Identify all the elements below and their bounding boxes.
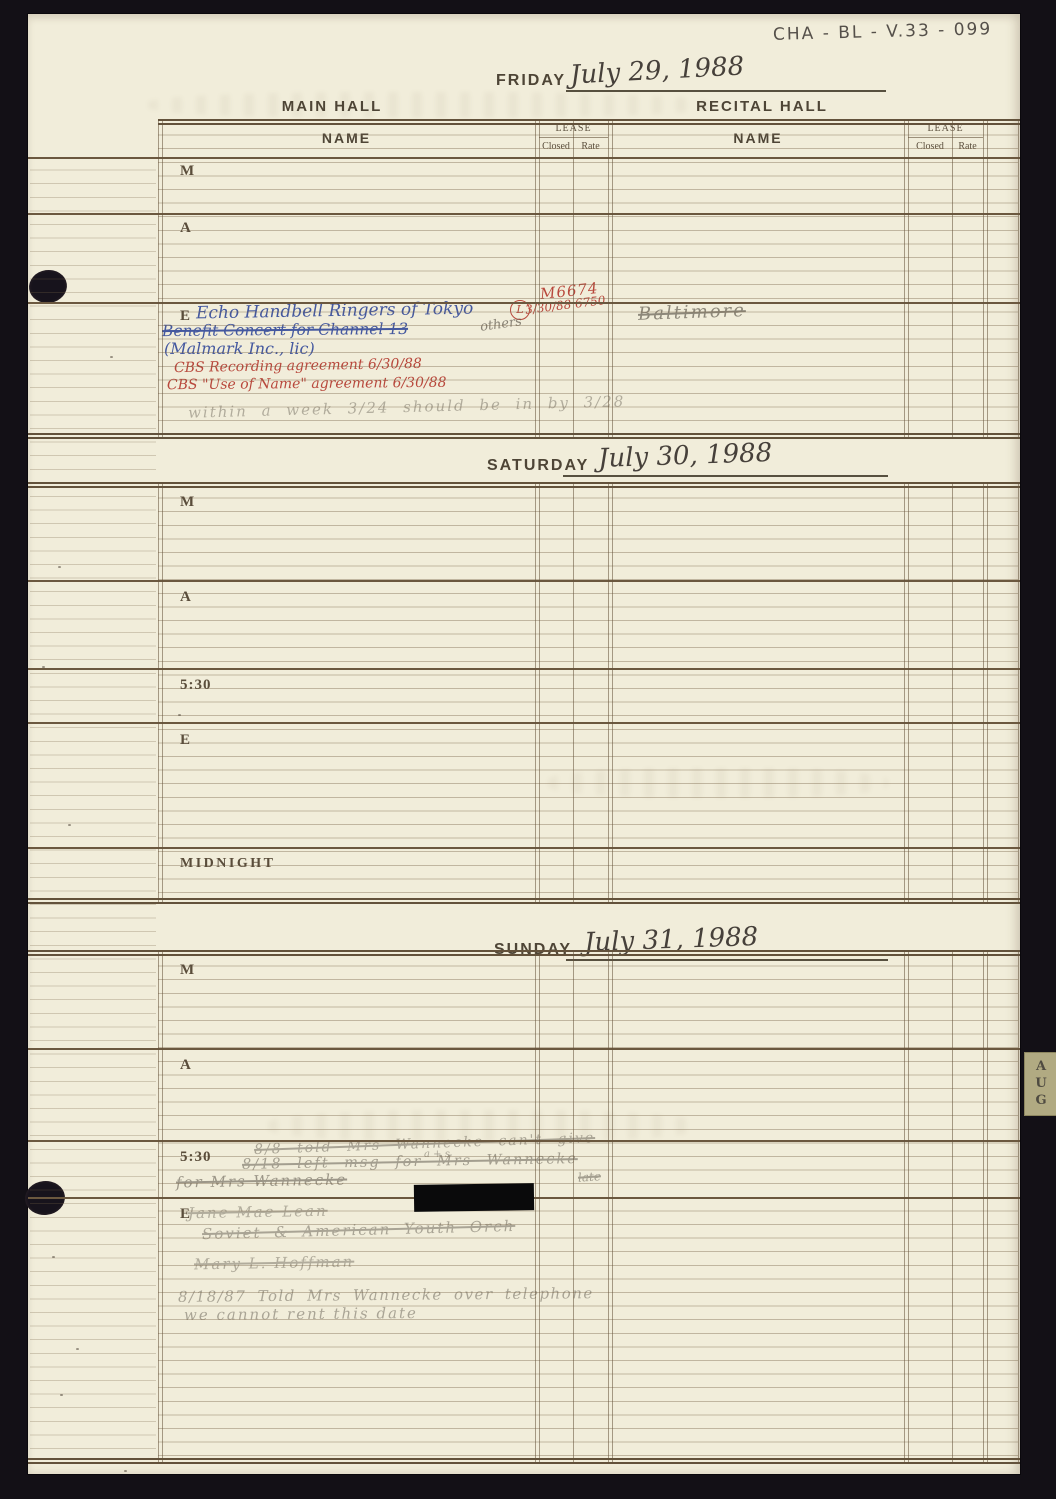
ledger-page: CHA - BL - V.33 - 099 FRIDAY July 29, 19… xyxy=(28,14,1020,1474)
column-line xyxy=(983,119,984,437)
time-block-divider xyxy=(28,213,1020,215)
column-line xyxy=(908,482,909,902)
scan-background: CHA - BL - V.33 - 099 FRIDAY July 29, 19… xyxy=(0,0,1056,1499)
section-border-line xyxy=(28,486,1020,488)
margin-rule-lines xyxy=(30,157,156,1458)
paper-speck xyxy=(58,566,61,568)
friday-date-underline xyxy=(566,90,886,92)
column-line xyxy=(539,119,540,437)
section-border-line xyxy=(28,1462,1020,1464)
column-line xyxy=(539,482,540,902)
column-line xyxy=(987,119,988,437)
section-rule-lines xyxy=(158,485,1018,900)
friday-date-handwritten: July 29, 1988 xyxy=(569,51,745,90)
month-tab-aug: AUG xyxy=(1024,1052,1056,1116)
saturday-date-underline xyxy=(563,475,888,477)
column-line xyxy=(608,950,609,1462)
column-line xyxy=(904,482,905,902)
column-line xyxy=(987,950,988,1462)
section-border-line xyxy=(28,954,1020,956)
column-line xyxy=(1018,950,1019,1462)
section-rule-lines xyxy=(158,122,1018,435)
column-line xyxy=(158,119,159,437)
column-line xyxy=(908,119,909,437)
section-border-line xyxy=(28,902,1020,904)
time-label: M xyxy=(180,163,195,180)
column-line xyxy=(539,950,540,1462)
column-line xyxy=(535,950,536,1462)
time-block-divider xyxy=(28,668,1020,670)
column-line xyxy=(908,950,909,1462)
paper-speck xyxy=(60,1394,63,1396)
section-border-line xyxy=(28,950,1020,952)
time-block-divider xyxy=(28,302,1020,304)
time-block-divider xyxy=(28,157,1020,159)
column-line xyxy=(952,119,953,437)
column-line xyxy=(158,950,159,1462)
time-label: 5:30 xyxy=(180,677,212,694)
time-label: A xyxy=(180,220,192,237)
column-line xyxy=(158,482,159,902)
column-line xyxy=(608,482,609,902)
column-line xyxy=(952,482,953,902)
paper-speck xyxy=(110,356,113,358)
saturday-day-label: SATURDAY xyxy=(487,457,589,475)
time-block-divider xyxy=(28,1140,1020,1142)
column-line xyxy=(573,119,574,437)
paper-speck xyxy=(68,824,71,826)
column-line xyxy=(983,950,984,1462)
section-border-line xyxy=(28,898,1020,900)
recital-hall-label: RECITAL HALL xyxy=(682,98,842,115)
time-label: A xyxy=(180,589,192,606)
section-border-line xyxy=(28,437,1020,439)
redaction-box xyxy=(414,1183,534,1212)
column-line xyxy=(1018,119,1019,437)
main-hall-label: MAIN HALL xyxy=(257,98,407,115)
column-line xyxy=(612,482,613,902)
archive-code: CHA - BL - V.33 - 099 xyxy=(773,19,993,45)
section-border-line xyxy=(28,433,1020,435)
section-rule-lines xyxy=(158,953,1018,1460)
column-line xyxy=(904,950,905,1462)
column-line xyxy=(162,950,163,1462)
time-label: 5:30 xyxy=(180,1149,212,1166)
paper-speck xyxy=(76,1348,79,1350)
time-label: M xyxy=(180,494,195,511)
section-border-line xyxy=(158,119,1020,121)
section-border-line xyxy=(28,1458,1020,1460)
time-label: MIDNIGHT xyxy=(180,856,275,872)
paper-speck xyxy=(42,666,45,668)
paper-speck xyxy=(178,714,181,716)
column-line xyxy=(162,119,163,437)
time-block-divider xyxy=(28,722,1020,724)
time-block-divider xyxy=(28,1048,1020,1050)
time-label: E xyxy=(180,308,191,325)
column-line xyxy=(983,482,984,902)
section-border-line xyxy=(28,482,1020,484)
bleed-through-smudge xyxy=(148,92,708,118)
paper-speck xyxy=(52,1256,55,1258)
column-line xyxy=(573,950,574,1462)
column-line xyxy=(535,482,536,902)
time-label: E xyxy=(180,1206,191,1223)
time-block-divider xyxy=(28,580,1020,582)
time-label: A xyxy=(180,1057,192,1074)
column-line xyxy=(162,482,163,902)
column-line xyxy=(987,482,988,902)
friday-day-label: FRIDAY xyxy=(496,72,566,90)
saturday-date-handwritten: July 30, 1988 xyxy=(598,438,773,474)
column-line xyxy=(573,482,574,902)
column-line xyxy=(612,119,613,437)
column-line xyxy=(535,119,536,437)
column-line xyxy=(904,119,905,437)
paper-speck xyxy=(124,1470,127,1472)
time-block-divider xyxy=(28,847,1020,849)
time-label: M xyxy=(180,962,195,979)
column-line xyxy=(952,950,953,1462)
section-border-line xyxy=(158,123,1020,125)
column-line xyxy=(612,950,613,1462)
column-line xyxy=(608,119,609,437)
column-line xyxy=(1018,482,1019,902)
time-label: E xyxy=(180,732,191,749)
